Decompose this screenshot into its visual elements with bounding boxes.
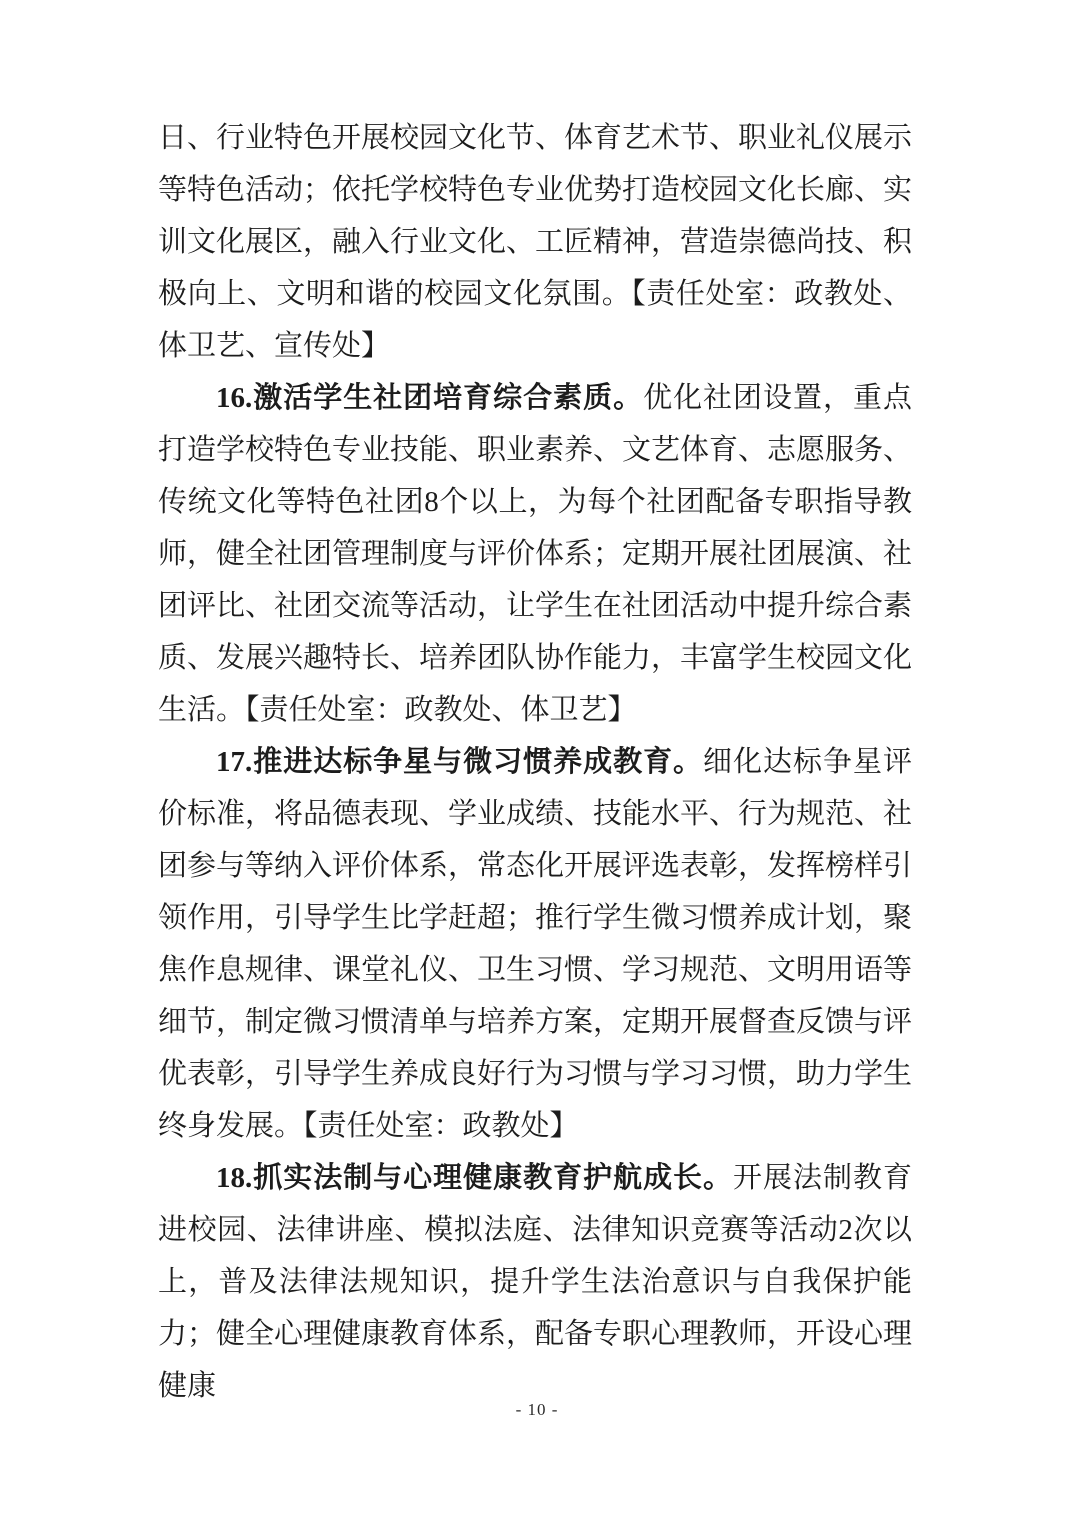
paragraph-text: 日、行业特色开展校园文化节、体育艺术节、职业礼仪展示等特色活动；依托学校特色专业… (158, 122, 912, 362)
document-page: 日、行业特色开展校园文化节、体育艺术节、职业礼仪展示等特色活动；依托学校特色专业… (0, 0, 1074, 1520)
paragraph-continuation: 日、行业特色开展校园文化节、体育艺术节、职业礼仪展示等特色活动；依托学校特色专业… (158, 112, 912, 372)
page-number: - 10 - (516, 1400, 559, 1419)
paragraph-lead: 16.激活学生社团培育综合素质。 (216, 382, 643, 414)
paragraph-text: 优化社团设置，重点打造学校特色专业技能、职业素养、文艺体育、志愿服务、传统文化等… (158, 382, 912, 726)
paragraph-item-16: 16.激活学生社团培育综合素质。优化社团设置，重点打造学校特色专业技能、职业素养… (158, 372, 912, 736)
paragraph-lead: 18.抓实法制与心理健康教育护航成长。 (216, 1162, 733, 1194)
paragraph-lead: 17.推进达标争星与微习惯养成教育。 (216, 746, 703, 778)
paragraph-item-18: 18.抓实法制与心理健康教育护航成长。开展法制教育进校园、法律讲座、模拟法庭、法… (158, 1152, 912, 1412)
paragraph-text: 细化达标争星评价标准，将品德表现、学业成绩、技能水平、行为规范、社团参与等纳入评… (158, 746, 912, 1142)
paragraph-item-17: 17.推进达标争星与微习惯养成教育。细化达标争星评价标准，将品德表现、学业成绩、… (158, 736, 912, 1152)
paragraph-text: 开展法制教育进校园、法律讲座、模拟法庭、法律知识竞赛等活动2次以上，普及法律法规… (158, 1162, 912, 1402)
page-footer: - 10 - (0, 1398, 1074, 1422)
document-body: 日、行业特色开展校园文化节、体育艺术节、职业礼仪展示等特色活动；依托学校特色专业… (158, 112, 912, 1412)
